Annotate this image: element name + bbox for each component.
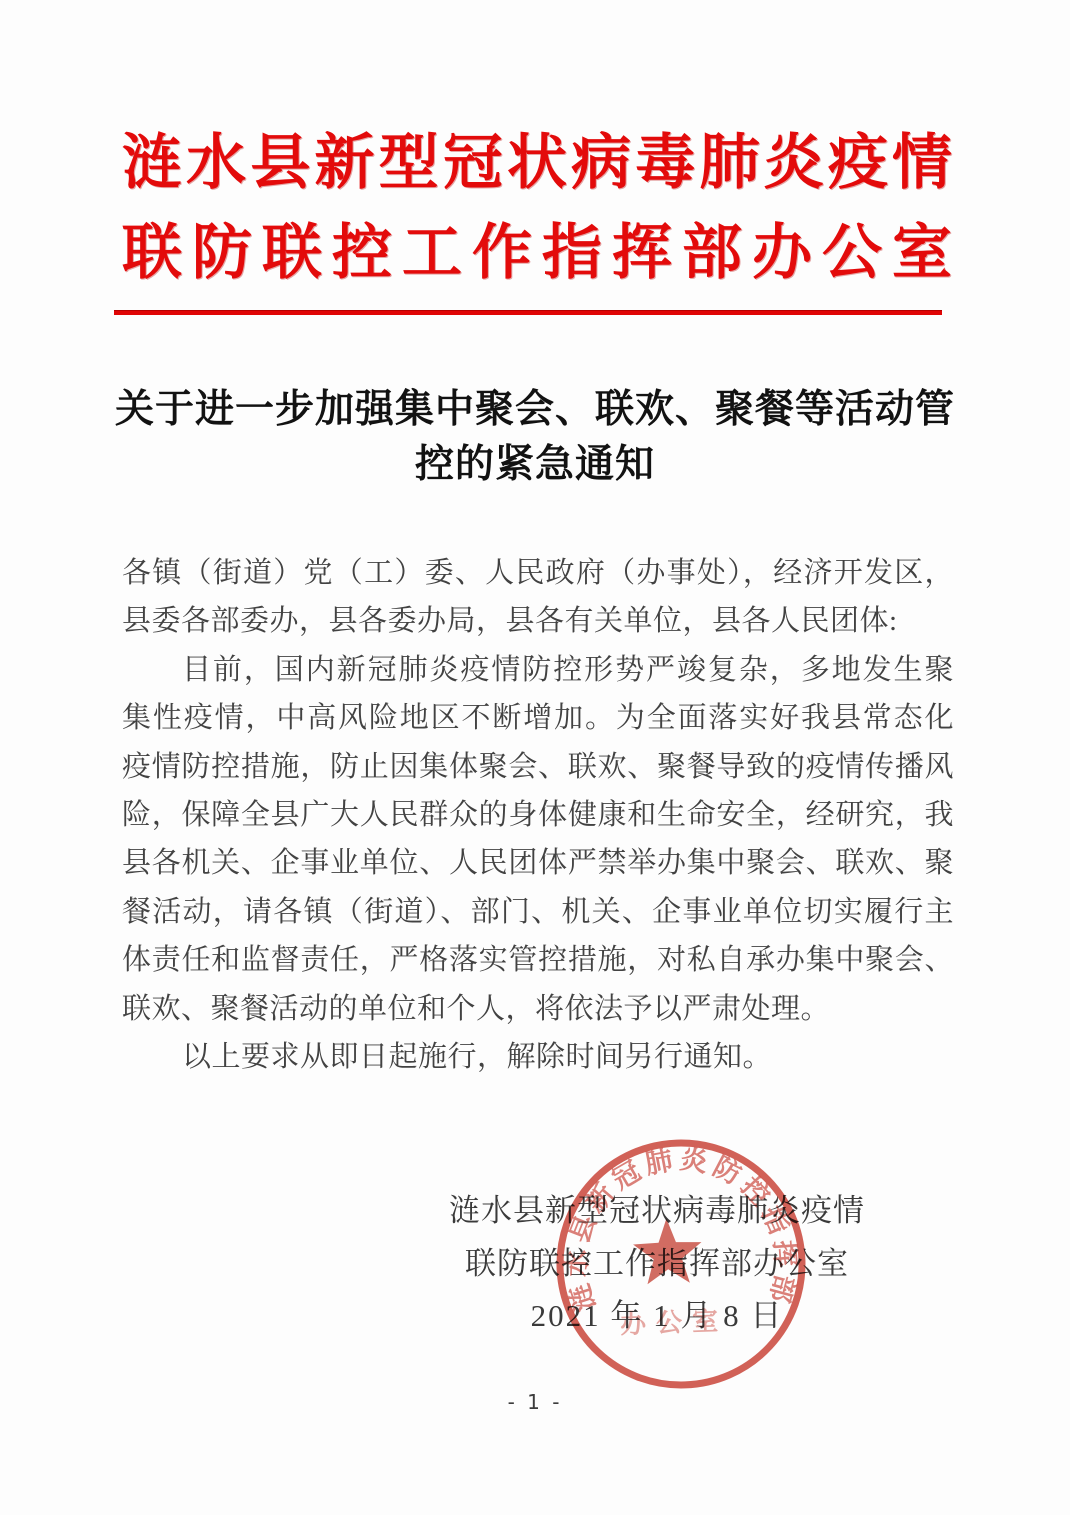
red-separator-line	[114, 310, 942, 315]
document-body: 各镇（街道）党（工）委、人民政府（办事处），经济开发区， 县委各部委办，县各委办…	[122, 549, 954, 1081]
seal-rim-text: 涟水县新冠肺炎防控指挥部	[557, 1139, 803, 1318]
body-line: 目前，国内新冠肺炎疫情防控形势严竣复杂，多地发生聚	[122, 646, 954, 694]
body-line: 联欢、聚餐活动的单位和个人，将依法予以严肃处理。	[122, 985, 954, 1033]
document-title: 关于进一步加强集中聚会、联欢、聚餐等活动管 控的紧急通知	[0, 382, 1070, 492]
document-letterhead: 涟水县新型冠状病毒肺炎疫情 联防联控工作指挥部办公室	[122, 118, 952, 298]
body-line: 县委各部委办，县各委办局，县各有关单位，县各人民团体:	[122, 597, 954, 645]
page-number: - 1 -	[0, 1390, 1070, 1414]
title-line-1: 关于进一步加强集中聚会、联欢、聚餐等活动管	[0, 382, 1070, 437]
seal-star-icon	[632, 1217, 703, 1284]
body-line: 疫情防控措施，防止因集体聚会、联欢、聚餐导致的疫情传播风	[122, 743, 954, 791]
body-line: 险，保障全县广大人民群众的身体健康和生命安全，经研究，我	[122, 791, 954, 839]
body-line: 各镇（街道）党（工）委、人民政府（办事处），经济开发区，	[122, 549, 954, 597]
body-line: 餐活动，请各镇（街道）、部门、机关、企事业单位切实履行主	[122, 888, 954, 936]
body-line: 体责任和监督责任，严格落实管控措施，对私自承办集中聚会、	[122, 936, 954, 984]
letterhead-line-1: 涟水县新型冠状病毒肺炎疫情	[122, 118, 952, 208]
document-page: 涟水县新型冠状病毒肺炎疫情 联防联控工作指挥部办公室 关于进一步加强集中聚会、联…	[0, 0, 1070, 1515]
body-line: 县各机关、企事业单位、人民团体严禁举办集中聚会、联欢、聚	[122, 839, 954, 887]
letterhead-line-2: 联防联控工作指挥部办公室	[122, 208, 952, 298]
seal-rim-text-holder: 涟水县新冠肺炎防控指挥部	[557, 1139, 803, 1318]
body-line: 以上要求从即日起施行，解除时间另行通知。	[122, 1033, 954, 1081]
official-seal: 涟水县新冠肺炎防控指挥部 办公室	[541, 1124, 820, 1403]
title-line-2: 控的紧急通知	[0, 437, 1070, 492]
body-line: 集性疫情，中高风险地区不断增加。为全面落实好我县常态化	[122, 694, 954, 742]
seal-bottom-text: 办公室	[620, 1306, 729, 1339]
